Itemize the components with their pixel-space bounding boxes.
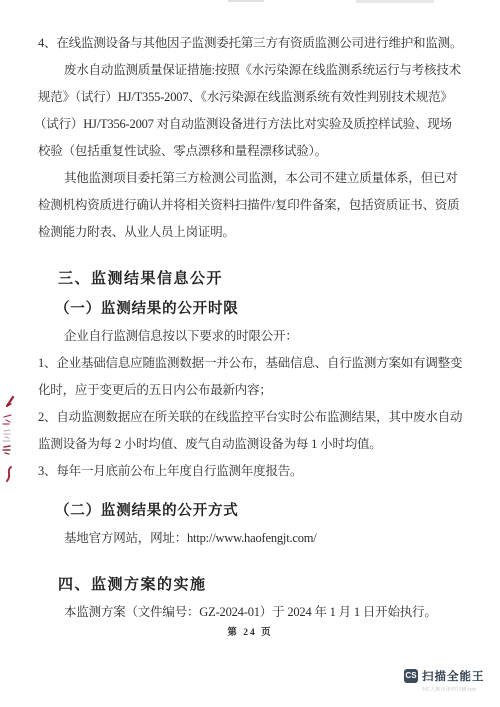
body-line: 基地官方网站，网址：http://www.haofengjt.com/	[64, 525, 472, 552]
section-heading: （一）监测结果的公开时限	[55, 295, 472, 323]
body-line: 3、每年一月底前公布上年度自行监测年度报告。	[38, 458, 472, 485]
body-line: 1、企业基础信息应随监测数据一并公布，基础信息、自行监测方案如有调整变	[38, 350, 472, 377]
camscanner-app-name: 扫描全能王	[422, 668, 485, 684]
section-heading: （二）监测结果的公开方式	[55, 497, 472, 525]
body-line: （试行）HJ/T356-2007 对自动监测设备进行方法比对实验及质控样试验、现…	[34, 111, 472, 138]
section-heading: 四、监测方案的实施	[58, 571, 472, 599]
camscanner-watermark: CS 扫描全能王 3亿人都在用的扫描App	[404, 668, 490, 694]
scanned-document-page: { "colors": { "text": "#2d2d2d", "seal_r…	[0, 0, 500, 707]
section-heading: 三、监测结果信息公开	[58, 265, 472, 293]
body-line: 本监测方案（文件编号：GZ-2024-01）于 2024 年 1 月 1 日开始…	[64, 599, 472, 626]
body-line: 2、自动监测数据应在所关联的在线监控平台实时公布监测结果，其中废水自动	[38, 404, 472, 431]
camscanner-tagline: 3亿人都在用的扫描App	[422, 685, 476, 692]
body-line: 规范》（试行）HJ/T355-2007、《水污染源在线监测系统有效性判别技术规范…	[38, 84, 472, 111]
body-line: 化时，应于变更后的五日内公布最新内容；	[38, 377, 472, 404]
body-line: 检测机构资质进行确认并将相关资料扫描件/复印件备案，包括资质证书、资质	[38, 192, 472, 219]
body-line: 监测设备为每 2 小时均值、废气自动监测设备为每 1 小时均值。	[38, 431, 472, 458]
body-line: 废水自动监测质量保证措施:按照《水污染源在线监测系统运行与考核技术	[64, 57, 472, 84]
body-line: 检测能力附表、从业人员上岗证明。	[38, 219, 472, 246]
body-line: 4、在线监测设备与其他因子监测委托第三方有资质监测公司进行维护和监测。	[38, 30, 472, 57]
body-line: 校验（包括重复性试验、零点漂移和量程漂移试验）。	[38, 138, 472, 165]
page-number: 第 24 页	[0, 624, 500, 638]
body-line: 其他监测项目委托第三方检测公司监测，本公司不建立质量体系，但已对	[64, 165, 472, 192]
camscanner-badge-icon: CS	[404, 669, 418, 683]
body-line: 企业自行监测信息按以下要求的时限公开：	[64, 323, 472, 350]
red-seal-marks	[0, 393, 22, 489]
document-body: 4、在线监测设备与其他因子监测委托第三方有资质监测公司进行维护和监测。废水自动监…	[0, 0, 500, 707]
